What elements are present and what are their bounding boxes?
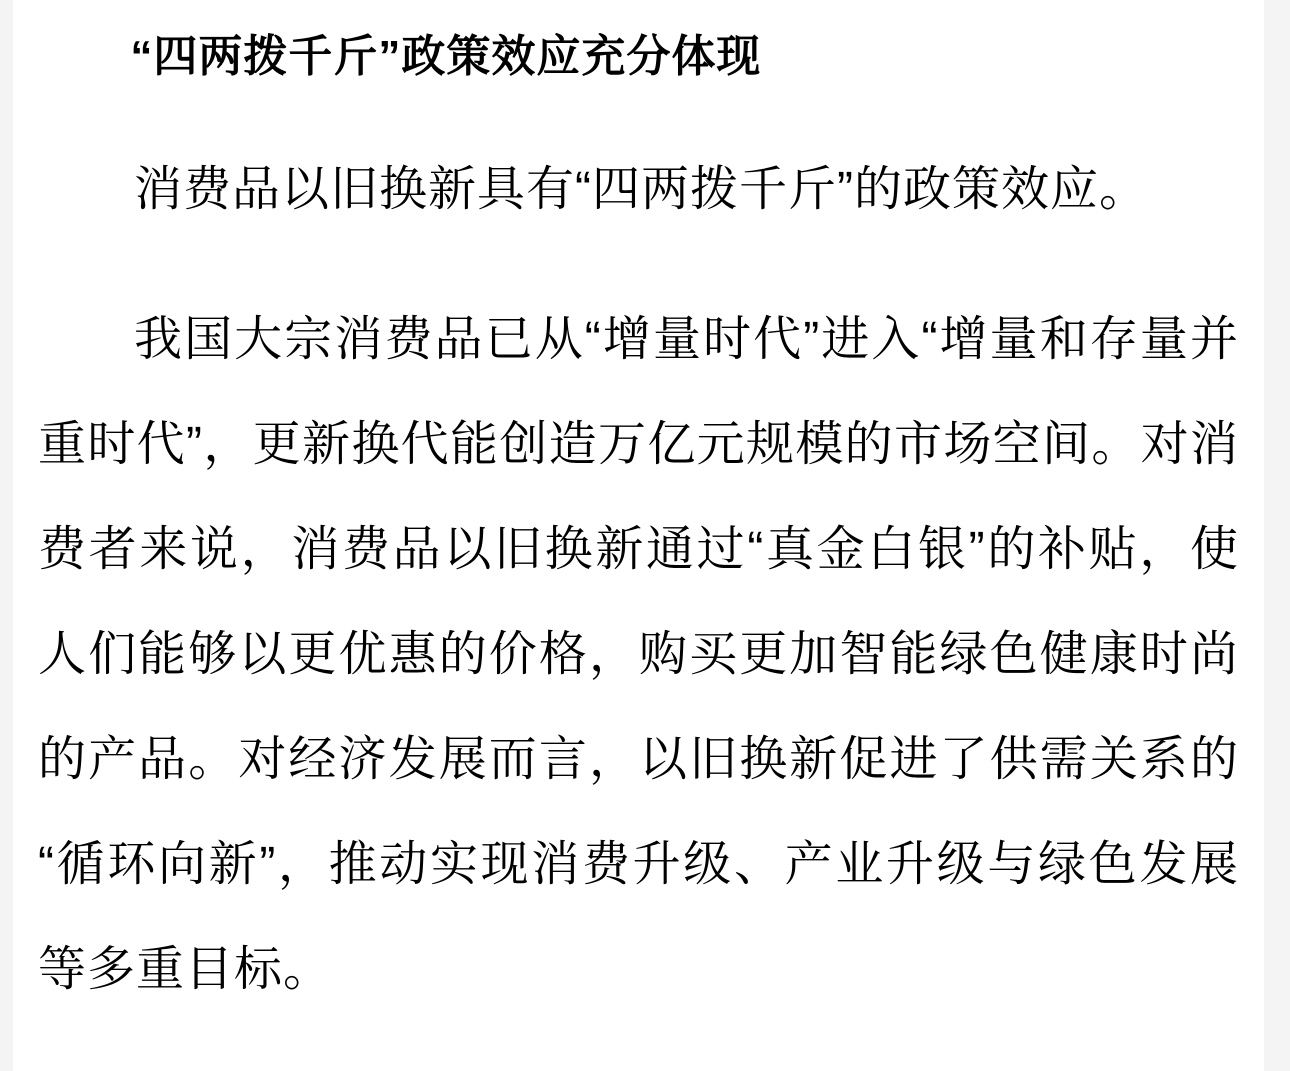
article-title: “四两拨千斤”政策效应充分体现 bbox=[38, 22, 1239, 92]
article-paragraph-intro: 消费品以旧换新具有“四两拨千斤”的政策效应。 bbox=[38, 137, 1239, 242]
article-page: “四两拨千斤”政策效应充分体现 消费品以旧换新具有“四两拨千斤”的政策效应。 我… bbox=[13, 0, 1264, 1071]
article-paragraph-body: 我国大宗消费品已从“增量时代”进入“增量和存量并重时代”，更新换代能创造万亿元规… bbox=[38, 287, 1239, 1022]
